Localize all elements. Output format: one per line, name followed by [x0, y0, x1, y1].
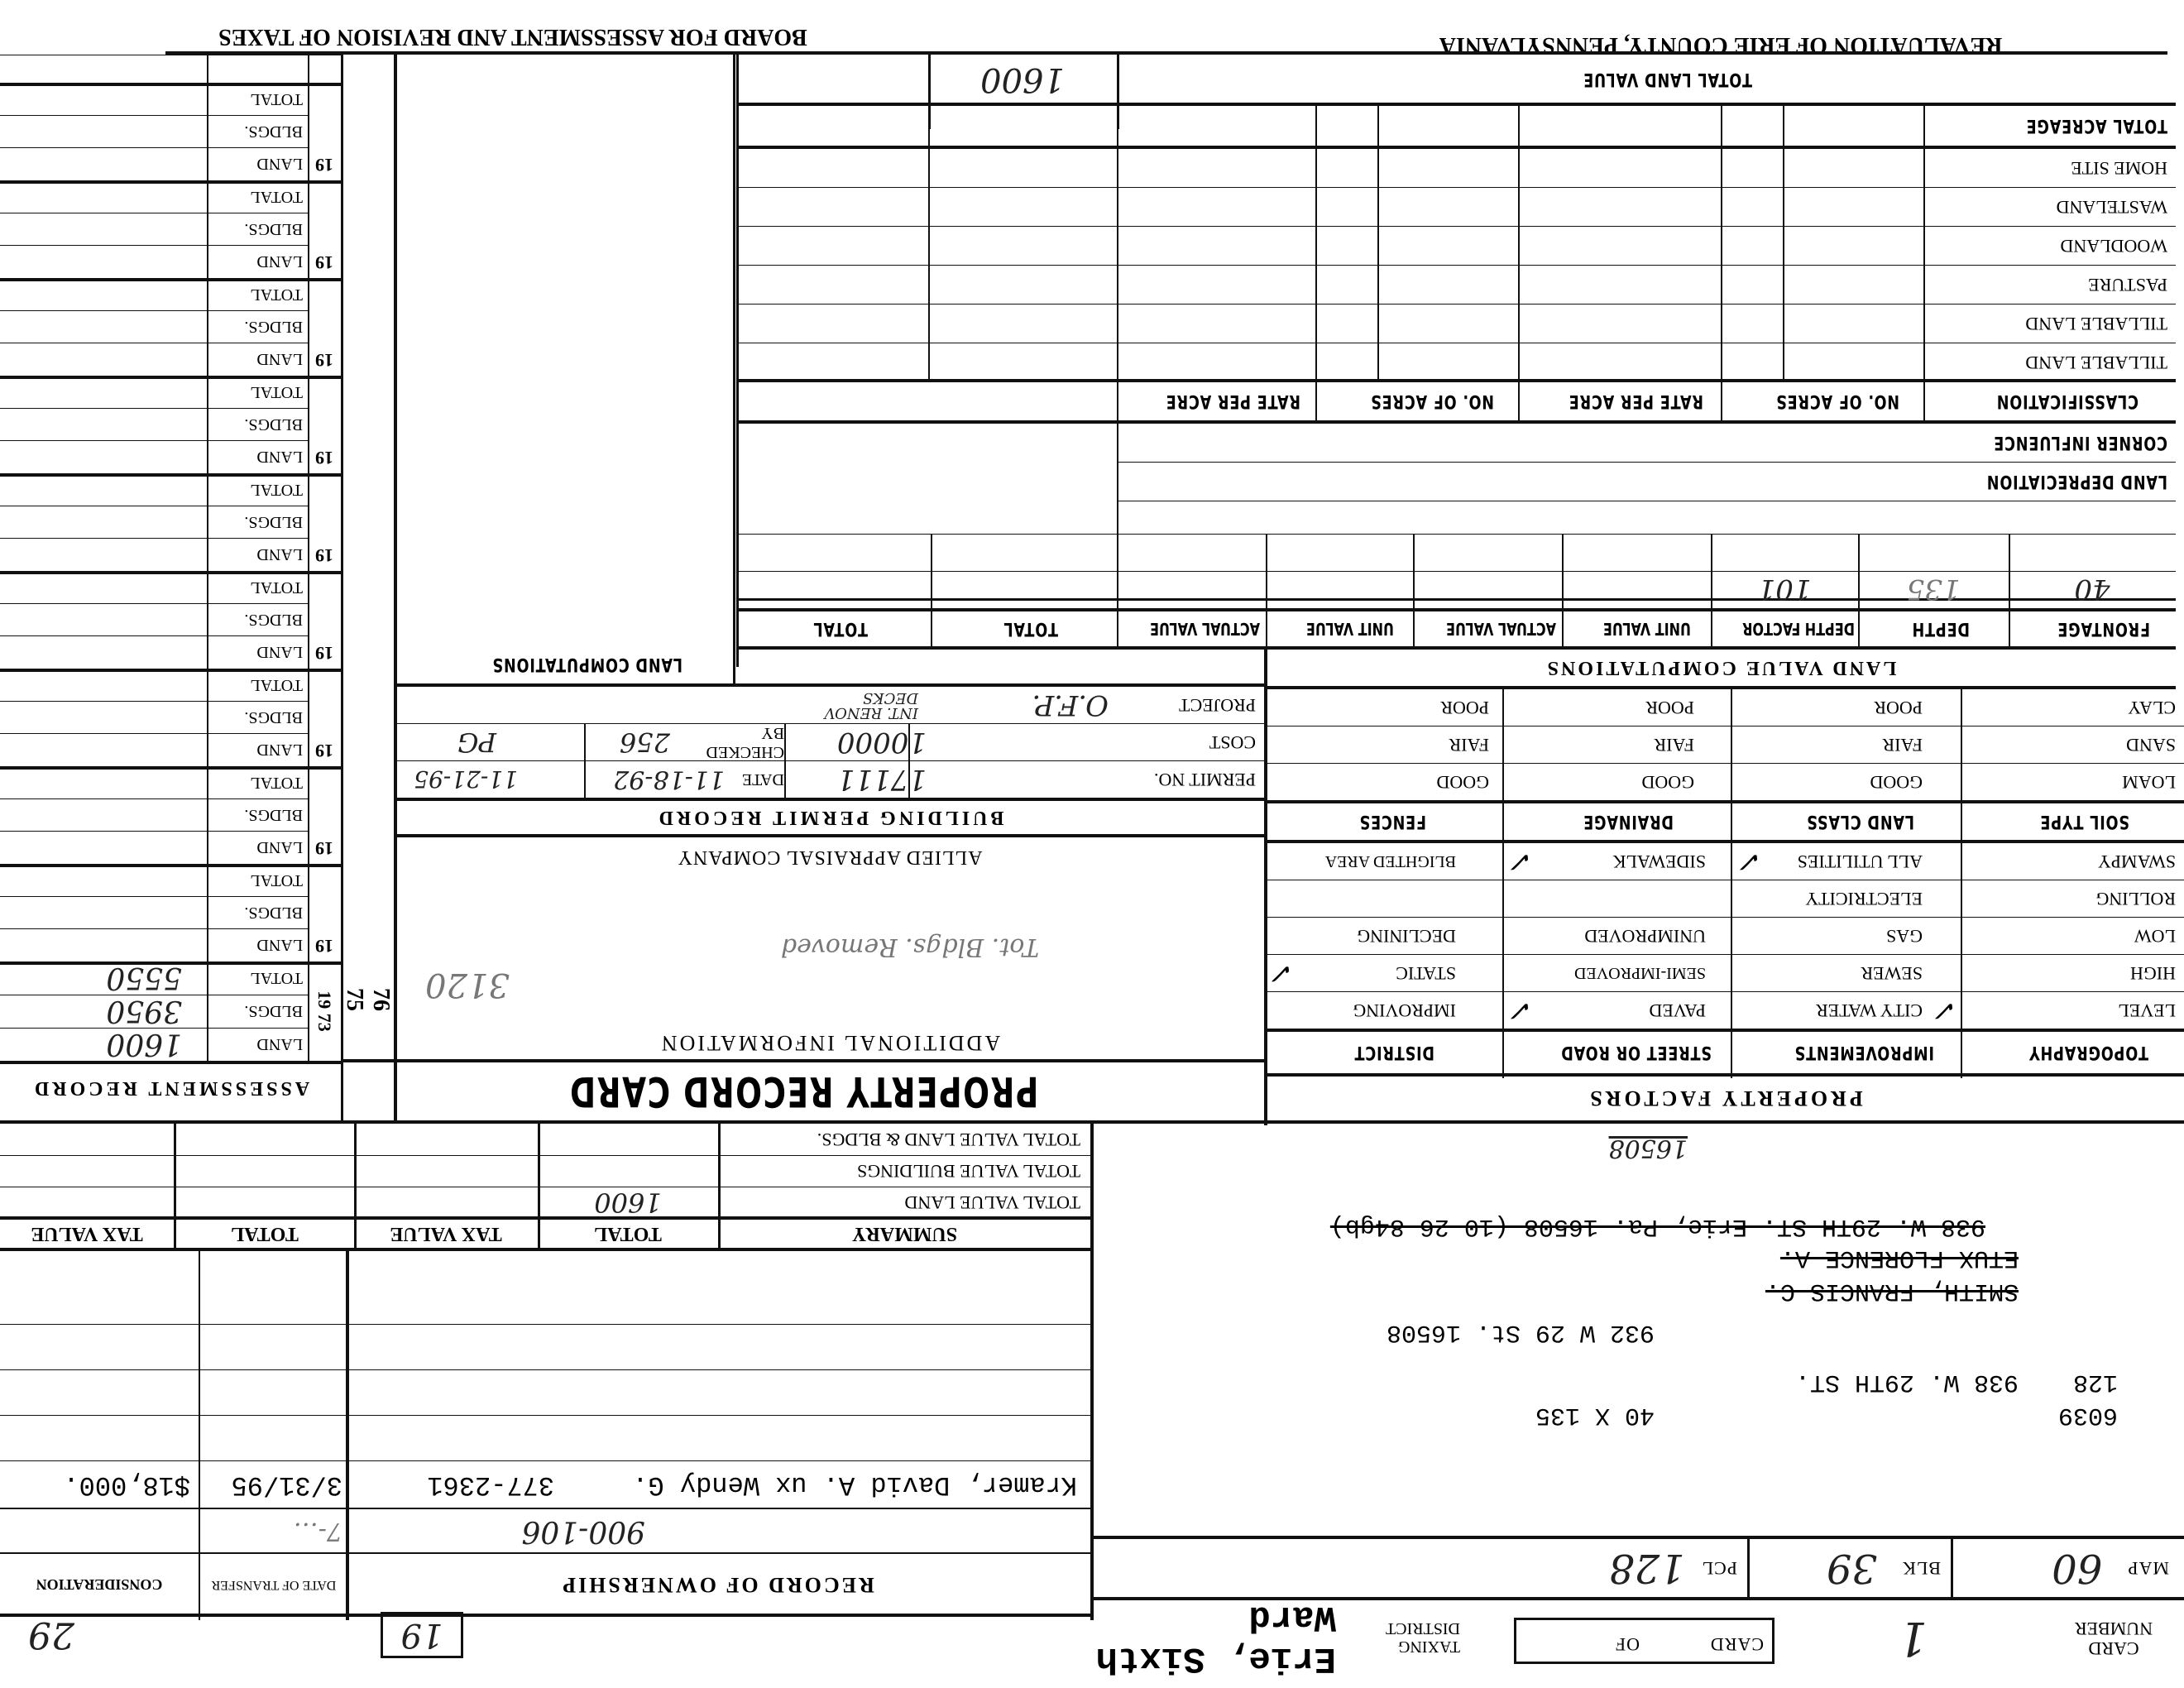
assess-bldgs-label: BLDGS. — [208, 213, 308, 245]
owner-transfer-date: 3/31/95 — [202, 1463, 342, 1508]
owner-ref: 377-2361 — [356, 1463, 554, 1508]
assess-bldgs-label: BLDGS. — [208, 506, 308, 538]
assess-bldgs-label: BLDGS. — [208, 310, 308, 343]
pf-sidewalk-check: ✓ — [1504, 843, 1540, 880]
acre-row-woodland: WOODLAND — [1923, 227, 2176, 265]
additional-note: Tot. Bldgs. Removed — [579, 927, 1241, 968]
pf-paved-check: ✓ — [1504, 992, 1540, 1029]
pf-static-check: ✓ — [1267, 955, 1299, 991]
summary-buildings-label: TOTAL VALUE BUILDINGS — [721, 1157, 1089, 1185]
assess-total-label: TOTAL — [208, 473, 308, 506]
pf-topography-header: TOPOGRAPHY — [2028, 1043, 2148, 1063]
assess-divider — [0, 83, 341, 86]
lv-col-depth: DEPTH — [1912, 619, 1970, 640]
permit-project-value: O.F.P. — [918, 687, 1109, 723]
lv-col-actual-value-2: ACTUAL VALUE — [1150, 619, 1260, 639]
lv-col-frontage: FRONTAGE — [2057, 619, 2150, 640]
permit-title: BUILDING PERMIT RECORD — [394, 801, 1266, 834]
pf-gas: GAS — [1770, 918, 1931, 954]
assess-0-year-suffix: 73 — [314, 1014, 335, 1032]
total-acreage-label: TOTAL ACREAGE — [1923, 106, 2176, 146]
lv-col-depth-factor: DEPTH FACTOR — [1742, 619, 1855, 639]
assess-land-label: LAND — [208, 831, 308, 863]
acre-row-pasture: PASTURE — [1923, 266, 2176, 304]
pf-fences-poor: POOR — [1299, 689, 1497, 726]
permit-checked-label: CHECKED BY — [687, 724, 784, 760]
assess-total-label: TOTAL — [208, 864, 308, 896]
pf-static: STATIC — [1299, 955, 1464, 991]
assess-total-label: TOTAL — [208, 278, 308, 310]
boxed-number-screen: 19 — [381, 1612, 463, 1658]
pf-level: LEVEL — [1962, 992, 2184, 1029]
pf-all-utilities: ALL UTILITIES — [1770, 843, 1931, 880]
assess-row-line — [0, 343, 308, 343]
ownership-header: RECORD OF OWNERSHIP — [349, 1556, 1085, 1614]
assess-row-line — [0, 538, 308, 539]
assess-year-prefix: 19 — [308, 180, 341, 278]
assess-year-prefix: 19 — [308, 571, 341, 669]
assess-row-line — [0, 213, 308, 213]
rate-per-acre-header-2: RATE PER ACRE — [1166, 391, 1300, 412]
pf-unimproved: UNIMPROVED — [1540, 918, 1714, 954]
assess-0-bldgs: 3950 — [50, 995, 182, 1028]
assess-year-prefix: 19 — [308, 376, 341, 473]
pf-drainage-poor: POOR — [1504, 689, 1703, 726]
card-number-label-screen: CARD NUMBER — [2060, 1614, 2167, 1663]
assess-land-label: LAND — [208, 440, 308, 472]
pf-sewer: SEWER — [1770, 955, 1931, 991]
pf-sidewalk: SIDEWALK — [1540, 843, 1714, 880]
pf-fences-fair: FAIR — [1299, 727, 1497, 763]
address-struck-owner-1: SMITH, FRANCIS C. — [1688, 1274, 2019, 1307]
assess-total-label: TOTAL — [208, 766, 308, 798]
card-of-field: CARD OF — [1514, 1618, 1774, 1664]
pf-electricity: ELECTRICITY — [1770, 880, 1931, 917]
assess-total-label: TOTAL — [208, 571, 308, 603]
assess-land-label: LAND — [208, 538, 308, 570]
assess-0-land: 1600 — [50, 1028, 182, 1061]
permit-number-label: PERMIT NO. — [1109, 761, 1264, 798]
assess-0-total-label: TOTAL — [208, 961, 308, 995]
blk-field-label: BLK — [1902, 1557, 1941, 1579]
permit-date-value: 11-18-92 — [584, 761, 725, 798]
address-parcel: 128 — [2019, 1365, 2118, 1398]
summary-land-label: TOTAL VALUE LAND — [721, 1188, 1089, 1216]
lv-col-total-2: TOTAL — [813, 619, 868, 640]
summary-header: SUMMARY — [721, 1220, 1089, 1248]
owner-name: Kramer, David A. ux Wendy G. — [349, 1463, 1085, 1508]
pf-drainage-good: GOOD — [1504, 764, 1703, 800]
summary-col-tax: TAX VALUE — [356, 1220, 536, 1248]
pf-fences-header: FENCES — [1359, 812, 1426, 832]
lv-title: LAND VALUE COMPUTATIONS — [1266, 650, 2176, 686]
pf-fences-good: GOOD — [1299, 764, 1497, 800]
assess-bldgs-label: BLDGS. — [208, 701, 308, 733]
pf-land-class-fair: FAIR — [1732, 727, 1931, 763]
assess-divider — [0, 766, 341, 770]
card-of-card-label: CARD — [1710, 1633, 1764, 1655]
assess-0-side-note: 76 75 — [318, 988, 417, 1034]
corner-number-screen: 29 — [8, 1612, 74, 1658]
assess-row-line — [0, 635, 308, 636]
map-field-label: MAP — [2127, 1557, 2169, 1579]
assessment-title: ASSESSMENT RECORD — [0, 1067, 341, 1109]
acreage-table — [736, 55, 2176, 601]
card-of-of-label: OF — [1615, 1633, 1640, 1655]
ownership-consideration-header: CONSIDERATION — [0, 1556, 199, 1614]
summary-col-tax-2: TAX VALUE — [0, 1220, 174, 1248]
pf-street-header: STREET OR ROAD — [1561, 1043, 1712, 1063]
pf-drainage-fair: FAIR — [1504, 727, 1703, 763]
assess-total-label: TOTAL — [208, 180, 308, 213]
assess-total-label: TOTAL — [208, 669, 308, 701]
assess-year-prefix: 19 — [308, 766, 341, 864]
lv-frontage-value: 40 — [2009, 571, 2176, 608]
corner-influence-label: CORNER INFLUENCE — [1993, 433, 2167, 453]
assess-land-label: LAND — [208, 733, 308, 765]
assess-land-label: LAND — [208, 343, 308, 375]
assess-0-year: 19 73 — [275, 995, 374, 1028]
assess-row-line — [0, 147, 308, 148]
rate-per-acre-header: RATE PER ACRE — [1569, 391, 1703, 412]
pf-improving: IMPROVING — [1299, 992, 1464, 1029]
assess-row-line — [0, 798, 308, 799]
assess-bldgs-label: BLDGS. — [208, 408, 308, 440]
address-struck-owner-2: ETUX FLORENCE A. — [1688, 1241, 2019, 1274]
card-number-value-screen: 1 — [1861, 1605, 1928, 1671]
permit-date-value-2: 11-21-95 — [394, 761, 518, 798]
total-acreage-text: TOTAL ACREAGE — [2026, 116, 2167, 137]
pf-loam: LOAM — [1962, 764, 2184, 800]
assess-bldgs-label: BLDGS. — [208, 603, 308, 635]
pf-sand: SAND — [1962, 727, 2184, 763]
lv-depth-factor-value: 101 — [1711, 571, 1858, 608]
acre-row-wasteland: WASTELAND — [1923, 188, 2176, 226]
permit-cost-value: 10000 — [827, 724, 927, 760]
pf-land-class-good: GOOD — [1732, 764, 1931, 800]
assess-year-prefix: 19 — [308, 83, 341, 180]
no-of-acres-header-2: NO. OF ACRES — [1370, 391, 1494, 412]
permit-date-label: DATE — [728, 761, 784, 798]
pf-city-water: CITY WATER — [1770, 992, 1931, 1029]
pf-district-header: DISTRICT — [1354, 1043, 1434, 1063]
pf-drainage-header: DRAINAGE — [1583, 812, 1674, 832]
assess-0-bldgs-label: BLDGS. — [208, 995, 308, 1028]
card-title: PROPERTY RECORD CARD — [568, 1067, 1038, 1115]
owner-ref-hand: 900-106 — [430, 1511, 645, 1552]
pf-land-class-header: LAND CLASS — [1806, 812, 1914, 832]
pf-clay: CLAY — [1962, 689, 2184, 726]
assess-land-label: LAND — [208, 635, 308, 668]
permit-number-value: 17111 — [827, 761, 927, 798]
pf-semi-improved: SEMI-IMPROVED — [1540, 955, 1714, 991]
no-of-acres-header: NO. OF ACRES — [1775, 391, 1899, 412]
permit-cost-label: COST — [1109, 724, 1264, 760]
map-field-value: 60 — [2052, 1545, 2102, 1591]
acre-row-home-site: HOME SITE — [1923, 149, 2176, 187]
assess-total-label: TOTAL — [208, 376, 308, 408]
pf-low: LOW — [1962, 918, 2184, 954]
assess-divider — [0, 864, 341, 867]
permit-project-note: INT. RENOV DECKS — [786, 687, 918, 723]
assess-row-line — [0, 310, 308, 311]
assess-year-prefix: 19 — [308, 864, 341, 961]
lv-col-total: TOTAL — [1003, 619, 1058, 640]
pf-title: PROPERTY FACTORS — [1266, 1077, 2184, 1120]
land-depreciation-label: LAND DEPRECIATION — [1986, 472, 2167, 492]
pf-level-check: ✓ — [1931, 992, 1962, 1029]
map-field: MAP60 — [1954, 1541, 2177, 1595]
owner-date-hand: 7-… — [202, 1511, 342, 1552]
permit-checked-value: 256 — [587, 724, 670, 760]
assess-row-line — [0, 603, 308, 604]
pf-blighted-area: BLIGHTED AREA — [1299, 843, 1464, 880]
address-property: 938 W. 29TH ST. — [1688, 1365, 2019, 1398]
assess-row-line — [0, 733, 308, 734]
acre-row-tillable-1: TILLABLE LAND — [1923, 305, 2176, 343]
address-mailing: 932 W 29 St. 16508 — [1324, 1316, 1655, 1349]
assess-divider — [0, 376, 341, 379]
assess-divider — [0, 278, 341, 281]
taxing-district-value-screen: Erie, Sixth Ward — [1005, 1612, 1336, 1663]
pf-rolling: ROLLING — [1962, 880, 2184, 917]
acre-row-tillable-2: TILLABLE LAND — [1923, 343, 2176, 381]
total-land-value-amount: 1600 — [928, 55, 1117, 104]
assess-0-land-label: LAND — [208, 1028, 308, 1061]
assess-0-year-prefix: 19 — [314, 990, 335, 1009]
owner-consideration: $18,000. — [8, 1463, 190, 1508]
assess-row-line — [0, 701, 308, 702]
summary-col-total-2: TOTAL — [175, 1220, 354, 1248]
assess-bldgs-label: BLDGS. — [208, 798, 308, 831]
assess-row-line — [0, 245, 308, 246]
summary-land-total-value: 1600 — [538, 1188, 718, 1216]
classification-header: CLASSIFICATION — [1996, 391, 2138, 412]
assessment-empty-blocks — [0, 55, 341, 961]
assess-land-label: LAND — [208, 928, 308, 961]
assess-divider — [0, 669, 341, 672]
pf-swampy: SWAMPY — [1962, 843, 2184, 880]
pcl-field-value: 128 — [1609, 1545, 1685, 1591]
lv-col-unit-value: UNIT VALUE — [1603, 619, 1691, 639]
pf-improvements-header: IMPROVEMENTS — [1794, 1043, 1934, 1063]
lv-col-unit-value-2: UNIT VALUE — [1306, 619, 1394, 639]
pf-all-utilities-check: ✓ — [1732, 843, 1770, 880]
blk-field: BLK39 — [1751, 1541, 1949, 1595]
total-land-value-label: TOTAL LAND VALUE — [1117, 55, 2176, 104]
pf-high: HIGH — [1962, 955, 2184, 991]
revaluation-title: REVALUATION OF ERIE COUNTY, PENNSYLVANIA — [1406, 31, 2035, 58]
board-title: BOARD FOR ASSESSMENT AND REVISION OF TAX… — [174, 23, 852, 50]
assess-land-label: LAND — [208, 147, 308, 180]
pf-soil-type-header: SOIL TYPE — [2039, 812, 2129, 832]
pcl-field: PCL128 — [1406, 1541, 1746, 1595]
address-hand-zip: 16508 — [1439, 1132, 1688, 1165]
permit-checked-value-2: PG — [414, 724, 496, 760]
lv-col-actual-value: ACTUAL VALUE — [1446, 619, 1556, 639]
land-computations-title: LAND COMPUTATIONS — [492, 655, 682, 675]
additional-info-title: ADDITIONAL INFORMATION — [394, 1026, 1266, 1059]
taxing-district-label-screen: TAXING DISTRICT — [1328, 1612, 1460, 1663]
assess-row-line — [0, 831, 308, 832]
assess-year-prefix: 19 — [308, 278, 341, 376]
summary-land-bldgs-label: TOTAL VALUE LAND & BLDGS. — [721, 1125, 1089, 1153]
pcl-field-label: PCL — [1702, 1557, 1737, 1579]
assess-divider — [0, 473, 341, 477]
assess-row-line — [0, 440, 308, 441]
assess-total-label: TOTAL — [208, 83, 308, 115]
pf-declining: DECLINING — [1299, 918, 1464, 954]
assess-row-line — [0, 506, 308, 506]
assess-year-prefix: 19 — [308, 669, 341, 766]
appraisal-company: ALLIED APPRAISAL COMPANY — [394, 841, 1266, 874]
permit-project-label: PROJECT — [1109, 687, 1264, 723]
pf-land-class-poor: POOR — [1732, 689, 1931, 726]
assess-divider — [0, 180, 341, 184]
pf-paved: PAVED — [1540, 992, 1714, 1029]
lv-depth-value: 135 — [1858, 571, 2009, 608]
assess-row-line — [0, 408, 308, 409]
assess-bldgs-label: BLDGS. — [208, 896, 308, 928]
blk-field-value: 39 — [1827, 1545, 1877, 1591]
assess-row-line — [0, 896, 308, 897]
total-land-value-text: TOTAL LAND VALUE — [1583, 70, 1752, 90]
assess-row-line — [0, 115, 308, 116]
assess-divider — [0, 571, 341, 574]
assess-row-line — [0, 928, 308, 929]
assess-land-label: LAND — [208, 245, 308, 277]
ownership-date-header: DATE OF TRANSFER — [202, 1556, 346, 1614]
address-dimensions: 40 X 135 — [1489, 1398, 1655, 1431]
address-account: 6039 — [2019, 1398, 2118, 1431]
assess-0-total: 5550 — [50, 961, 182, 995]
summary-col-total: TOTAL — [538, 1220, 718, 1248]
address-struck: 938 W. 29TH ST. Erie, Pa. 16508 (10-26-8… — [1241, 1210, 1985, 1243]
assess-year-prefix: 19 — [308, 473, 341, 571]
additional-figure: 3120 — [397, 960, 538, 1009]
assess-bldgs-label: BLDGS. — [208, 115, 308, 147]
